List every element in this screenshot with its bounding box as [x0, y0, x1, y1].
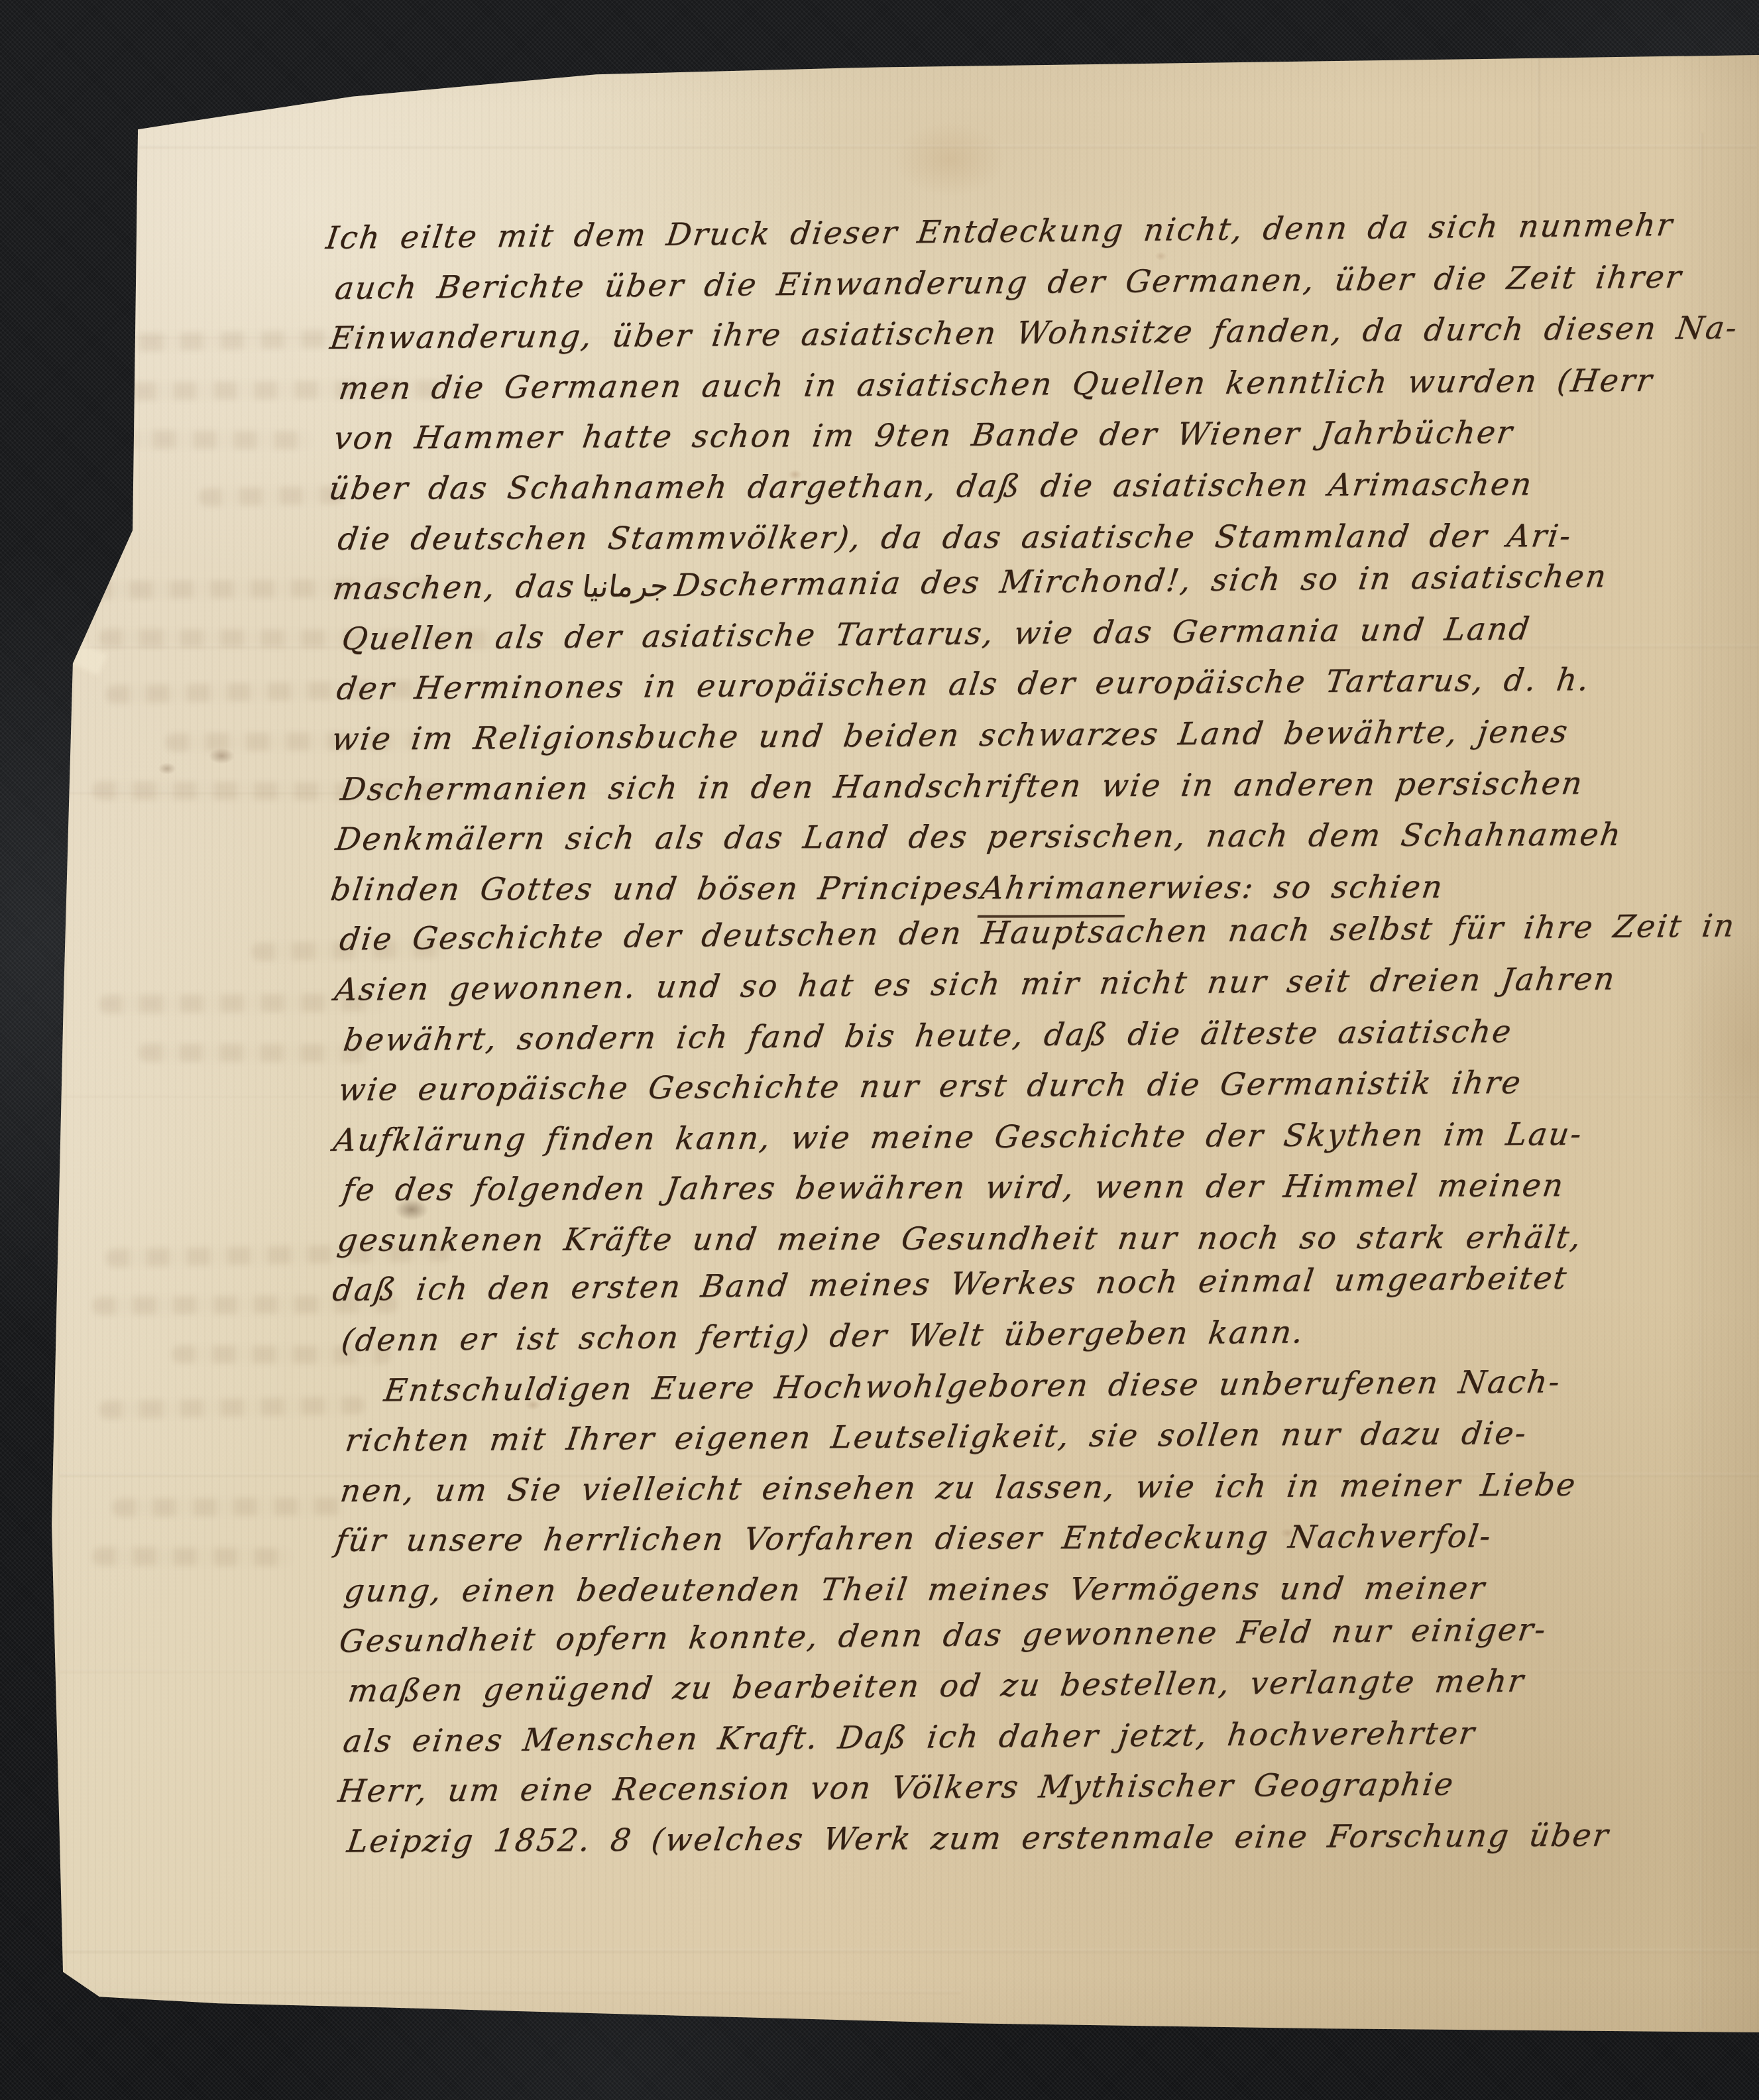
letter-line-8: maschen, das جرمانيا Dschermania des Mir… [333, 551, 1705, 614]
paper-stains [0, 0, 1759, 2100]
line-text: bewährt, sondern ich fand bis heute, daß… [341, 1006, 1516, 1065]
letter-line-17: bewährt, sondern ich fand bis heute, daß… [343, 1005, 1707, 1065]
letter-line-32: Herr, um eine Recension von Völkers Myth… [338, 1759, 1711, 1817]
line-text: richten mit Ihrer eigenen Leutseligkeit,… [342, 1409, 1530, 1466]
verso-ink-trace [99, 1397, 365, 1419]
verso-ink-trace [166, 732, 418, 752]
letter-text: Ich eilte mit dem Druck dieser Entdeckun… [323, 205, 1712, 1867]
letter-line-25: richten mit Ihrer eigenen Leutseligkeit,… [345, 1408, 1709, 1466]
horizontal-fold-crease [53, 790, 616, 794]
line-text: Ich eilte mit dem Druck dieser Entdeckun… [323, 200, 1677, 264]
horizontal-fold-crease [139, 145, 1756, 148]
line-text: fe des folgenden Jahres bewähren wird, w… [339, 1161, 1568, 1215]
line-text: daß ich den ersten Band meines Werkes no… [329, 1254, 1571, 1316]
verso-ink-trace [106, 1243, 451, 1267]
letter-line-26: nen, um Sie vielleicht einsehen zu lasse… [341, 1460, 1710, 1517]
letter-line-18: wie europäische Geschichte nur erst durc… [339, 1057, 1707, 1115]
letter-line-31: als eines Menschen Kraft. Daß ich daher … [343, 1707, 1711, 1767]
letter-line-2: auch Berichte über die Einwanderung der … [335, 252, 1703, 314]
line-text: blinden Gottes und bösen Principes [327, 863, 984, 915]
letter-line-12: Dschermanien sich in den Handschriften w… [341, 758, 1705, 815]
verso-ink-trace [99, 329, 378, 351]
letter-line-16: Asien gewonnen. und so hat es sich mir n… [335, 953, 1707, 1015]
line-text: nen, um Sie vielleicht einsehen zu lasse… [337, 1460, 1580, 1517]
letter-line-7: die deutschen Stammvölker), da das asiat… [338, 510, 1704, 564]
letter-line-30: maßen genügend zu bearbeiten od zu beste… [348, 1655, 1711, 1716]
photo-backdrop: Ich eilte mit dem Druck dieser Entdeckun… [0, 0, 1759, 2100]
letter-line-15: die Geschichte der deutschen den Hauptsa… [339, 902, 1707, 965]
line-text: auch Berichte über die Einwanderung der … [332, 252, 1686, 314]
letter-line-1: Ich eilte mit dem Druck dieser Entdeckun… [326, 200, 1703, 264]
line-text: Aufklärung finden kann, wie meine Geschi… [330, 1109, 1586, 1165]
horizontal-fold-crease [66, 1990, 961, 1994]
letter-page: Ich eilte mit dem Druck dieser Entdeckun… [0, 0, 1759, 2100]
line-text: über das Schahnameh dargethan, daß die a… [325, 459, 1536, 514]
vertical-fold-crease [1699, 133, 1703, 2028]
verso-ink-trace [99, 993, 384, 1013]
line-text: als eines Menschen Kraft. Daß ich daher … [340, 1708, 1479, 1767]
letter-line-24: Entschuldigen Euere Hochwohlgeboren dies… [384, 1356, 1710, 1415]
line-text: für unsere herrlichen Vorfahren dieser E… [332, 1512, 1495, 1566]
verso-ink-trace [89, 579, 434, 599]
letter-line-14: blinden Gottes und bösen Principes Ahrim… [331, 862, 1706, 915]
line-text: Denkmälern sich als das Land des persisc… [333, 810, 1626, 865]
letter-line-4: men die Germanen auch in asiatischen Que… [339, 355, 1703, 414]
line-text: Entschuldigen Euere Hochwohlgeboren dies… [381, 1357, 1564, 1416]
verso-ink-trace [93, 1547, 292, 1566]
letter-line-10: der Herminones in europäischen als der e… [337, 654, 1705, 715]
verso-ink-trace [139, 1043, 371, 1062]
line-text: (denn er ist schon fertig) der Welt über… [338, 1307, 1308, 1366]
line-text: von Hammer hatte schon im 9ten Bande der… [331, 408, 1517, 464]
verso-ink-trace [93, 782, 451, 801]
letter-line-19: Aufklärung finden kann, wie meine Geschi… [333, 1108, 1707, 1165]
letter-line-13: Denkmälern sich als das Land des persisc… [336, 809, 1706, 864]
letter-line-23: (denn er ist schon fertig) der Welt über… [341, 1304, 1709, 1366]
verso-ink-trace [199, 486, 345, 506]
line-text: Gesundheit opfern konnte, denn das gewon… [336, 1605, 1550, 1667]
horizontal-fold-crease [60, 1669, 1759, 1673]
vertical-fold-crease [1536, 58, 1540, 483]
letter-line-21: gesunkenen Kräfte und meine Gesundheit n… [337, 1212, 1708, 1266]
line-text: Dschermania des Mirchond!, sich so in as… [671, 552, 1611, 611]
line-text: wie europäische Geschichte nur erst durc… [335, 1058, 1525, 1116]
verso-ink-trace [113, 430, 312, 449]
letter-line-20: fe des folgenden Jahres bewähren wird, w… [343, 1161, 1708, 1216]
line-text: Einwanderung, über ihre asiatischen Wohn… [327, 304, 1741, 364]
verso-ink-trace [93, 380, 464, 400]
letter-line-33: Leipzig 1852. 8 (welches Werk zum ersten… [347, 1810, 1712, 1867]
line-text: der Herminones in europäischen als der e… [333, 655, 1593, 715]
line-text: gung, einen bedeutenden Theil meines Ver… [341, 1564, 1489, 1617]
verso-ink-trace [106, 680, 424, 703]
line-text: die deutschen Stammvölker), da das asiat… [335, 511, 1575, 564]
underlined-word-ahriman: Ahriman [977, 863, 1131, 917]
line-text: die Geschichte der deutschen den Hauptsa… [337, 902, 1739, 965]
line-text: Herr, um eine Recension von Völkers Myth… [335, 1760, 1457, 1817]
horizontal-fold-crease [99, 335, 961, 339]
letter-line-6: über das Schahnameh dargethan, daß die a… [329, 459, 1703, 514]
horizontal-fold-crease [66, 644, 1759, 648]
letter-line-9: Quellen als der asiatische Tartarus, wie… [342, 603, 1705, 664]
verso-ink-trace [93, 1295, 398, 1314]
line-text: erwies: so schien [1125, 862, 1447, 913]
letter-line-22: daß ich den ersten Band meines Werkes no… [333, 1252, 1709, 1316]
line-text: Asien gewonnen. und so hat es sich mir n… [331, 954, 1619, 1015]
letter-line-27: für unsere herrlichen Vorfahren dieser E… [335, 1511, 1710, 1566]
letter-line-29: Gesundheit opfern konnte, denn das gewon… [339, 1603, 1711, 1666]
line-text: men die Germanen auch in asiatischen Que… [336, 355, 1657, 414]
line-text: Quellen als der asiatische Tartarus, wie… [339, 604, 1534, 664]
letter-line-11: wie im Religionsbuche und beiden schwarz… [332, 706, 1705, 764]
arabic-script-word: جرمانيا [572, 561, 678, 612]
verso-ink-trace [172, 1345, 391, 1364]
line-text: maschen, das [330, 561, 579, 614]
line-text: Leipzig 1852. 8 (welches Werk zum ersten… [344, 1810, 1613, 1867]
line-text: wie im Religionsbuche und beiden schwarz… [329, 707, 1572, 764]
horizontal-fold-crease [60, 1473, 1759, 1477]
verso-ink-trace [99, 629, 497, 648]
line-text: Dschermanien sich in den Handschriften w… [337, 758, 1587, 815]
verso-ink-trace [252, 939, 451, 961]
line-text: gesunkenen Kräfte und meine Gesundheit n… [334, 1212, 1585, 1265]
left-edge-fold [56, 636, 107, 675]
horizontal-fold-crease [60, 1094, 1759, 1098]
line-text: maßen genügend zu bearbeiten od zu beste… [345, 1657, 1528, 1717]
letter-line-5: von Hammer hatte schon im 9ten Bande der… [334, 407, 1703, 464]
letter-line-28: gung, einen bedeutenden Theil meines Ver… [345, 1563, 1711, 1617]
letter-line-3: Einwanderung, über ihre asiatischen Wohn… [330, 304, 1703, 364]
verso-ink-trace [113, 1497, 345, 1517]
horizontal-fold-crease [63, 1949, 1759, 1953]
